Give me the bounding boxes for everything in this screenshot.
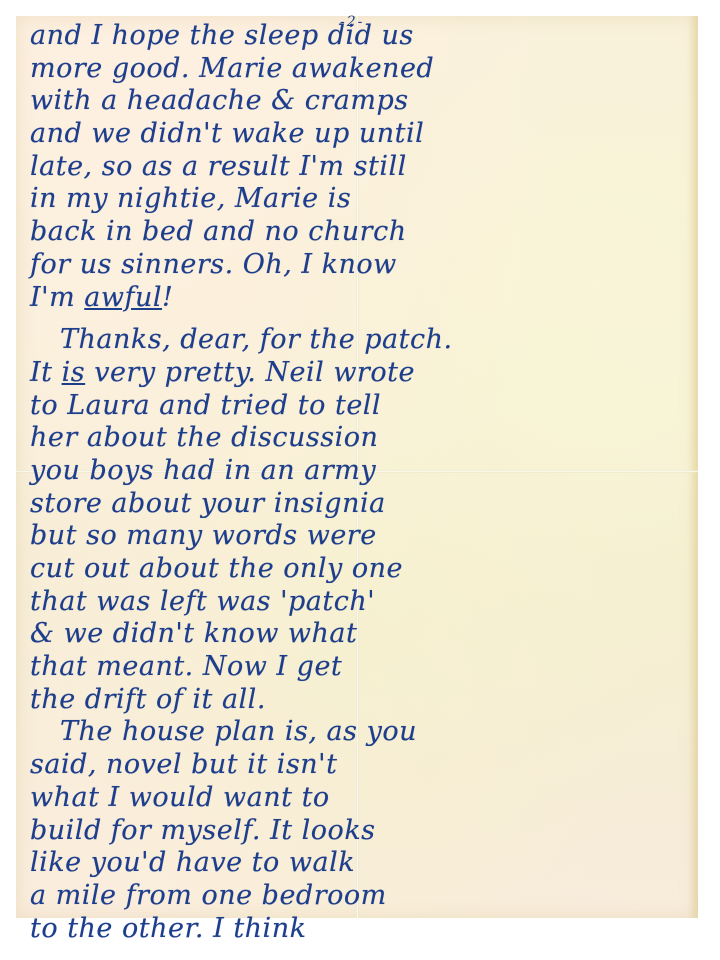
letter-line: in my nightie, Marie is bbox=[30, 183, 690, 216]
letter-line: like you'd have to walk bbox=[30, 847, 690, 880]
letter-line: a mile from one bedroom bbox=[30, 880, 690, 913]
letter-line: build for myself. It looks bbox=[30, 815, 690, 848]
letter-line: cut out about the only one bbox=[30, 553, 690, 586]
letter-line: said, novel but it isn't bbox=[30, 749, 690, 782]
letter-line: more good. Marie awakened bbox=[30, 53, 690, 86]
letter-line: to the other. I think bbox=[30, 913, 690, 946]
letter-line: with a headache & cramps bbox=[30, 85, 690, 118]
letter-line: & we didn't know what bbox=[30, 618, 690, 651]
emphasized-word: is bbox=[62, 357, 86, 388]
letter-line: that was left was 'patch' bbox=[30, 586, 690, 619]
letter-line: Thanks, dear, for the patch. bbox=[30, 324, 690, 357]
letter-line: you boys had in an army bbox=[30, 455, 690, 488]
letter-line: It is very pretty. Neil wrote bbox=[30, 357, 690, 390]
letter-line: The house plan is, as you bbox=[30, 716, 690, 749]
emphasized-word: awful bbox=[84, 282, 162, 313]
letter-line: I'm awful! bbox=[30, 282, 690, 315]
letter-line: back in bed and no church bbox=[30, 216, 690, 249]
letter-line: for us sinners. Oh, I know bbox=[30, 249, 690, 282]
letter-line: but so many words were bbox=[30, 520, 690, 553]
letter-line: late, so as a result I'm still bbox=[30, 151, 690, 184]
letter-line: that meant. Now I get bbox=[30, 651, 690, 684]
letter-line: what I would want to bbox=[30, 782, 690, 815]
letter-line: and I hope the sleep did us bbox=[30, 20, 690, 53]
letter-body: and I hope the sleep did us more good. M… bbox=[30, 20, 690, 945]
letter-line: store about your insignia bbox=[30, 488, 690, 521]
letter-line: her about the discussion bbox=[30, 422, 690, 455]
letter-line: the drift of it all. bbox=[30, 684, 690, 717]
letter-line: to Laura and tried to tell bbox=[30, 390, 690, 423]
letter-line: and we didn't wake up until bbox=[30, 118, 690, 151]
